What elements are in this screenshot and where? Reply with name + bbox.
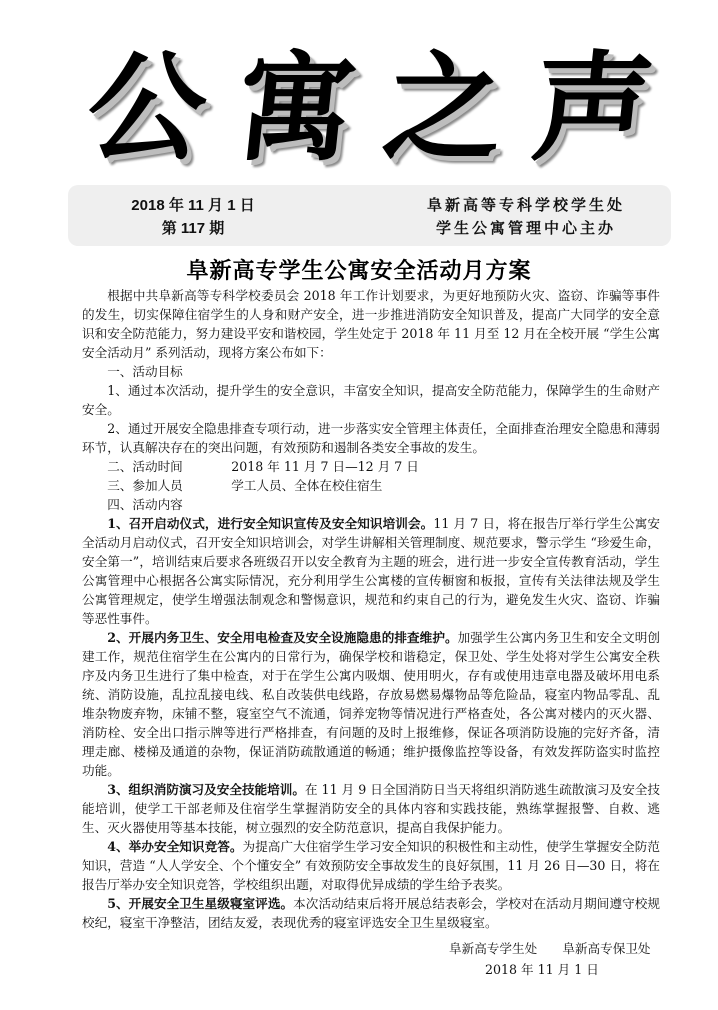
intro-paragraph: 根据中共阜新高等专科学校委员会 2018 年工作计划要求，为更好地预防火灾、盗窃… — [82, 286, 660, 362]
content-item: 1、召开启动仪式，进行安全知识宣传及安全知识培训会。11 月 7 日，将在报告厅… — [82, 514, 660, 628]
masthead-title: 公 寓 之 声 — [60, 30, 680, 185]
goal-item: 2、通过开展安全隐患排查专项行动，进一步落实安全管理主体责任，全面排查治理安全隐… — [82, 419, 660, 457]
content-item-lead: 4、举办安全知识竞答。 — [107, 839, 242, 854]
masthead-char: 寓 — [230, 49, 360, 167]
participants-row: 三、参加人员 学工人员、全体在校住宿生 — [82, 476, 660, 495]
organizer: 学生公寓管理中心主办 — [401, 217, 651, 240]
article-body: 根据中共阜新高等专科学校委员会 2018 年工作计划要求，为更好地预防火灾、盗窃… — [82, 286, 660, 932]
issue-number: 第 117 期 — [118, 217, 268, 240]
activity-time-value: 2018 年 11 月 7 日—12 月 7 日 — [231, 457, 419, 476]
section-heading: 四、活动内容 — [82, 495, 660, 514]
content-item-text: 加强学生公寓内务卫生和安全文明创建工作，规范住宿学生在公寓内的日常行为，确保学校… — [82, 630, 660, 778]
section-heading: 三、参加人员 — [107, 476, 231, 495]
issue-info-bar: 2018 年 11 月 1 日 第 117 期 阜新高等专科学校学生处 学生公寓… — [68, 185, 671, 246]
activity-time-row: 二、活动时间 2018 年 11 月 7 日—12 月 7 日 — [82, 457, 660, 476]
article-title: 阜新高专学生公寓安全活动月方案 — [0, 254, 718, 285]
issue-info-left: 2018 年 11 月 1 日 第 117 期 — [118, 194, 268, 240]
goal-item: 1、通过本次活动，提升学生的安全意识，丰富安全知识，提高安全防范能力，保障学生的… — [82, 381, 660, 419]
masthead-char: 声 — [528, 49, 658, 167]
signature-date: 2018 年 11 月 1 日 — [485, 959, 599, 980]
participants-value: 学工人员、全体在校住宿生 — [231, 476, 382, 495]
content-item-lead: 2、开展内务卫生、安全用电检查及安全设施隐患的排查维护。 — [107, 630, 457, 645]
issue-info-right: 阜新高等专科学校学生处 学生公寓管理中心主办 — [401, 194, 651, 240]
issue-date: 2018 年 11 月 1 日 — [118, 194, 268, 217]
content-item-lead: 3、组织消防演习及安全技能培训。 — [107, 782, 305, 797]
content-item: 5、开展安全卫生星级寝室评选。本次活动结束后将开展总结表彰会，学校对在活动月期间… — [82, 894, 660, 932]
content-item: 3、组织消防演习及安全技能培训。在 11 月 9 日全国消防日当天将组织消防逃生… — [82, 780, 660, 837]
content-item: 4、举办安全知识竞答。为提高广大住宿学生学习安全知识的积极性和主动性，使学生掌握… — [82, 837, 660, 894]
masthead-char: 公 — [82, 49, 212, 167]
content-item-text: 11 月 7 日，将在报告厅举行学生公寓安全活动月启动仪式，召开安全知识培训会，… — [82, 516, 660, 626]
section-heading: 一、活动目标 — [82, 362, 660, 381]
signature-orgs: 阜新高专学生处 阜新高专保卫处 — [449, 938, 651, 959]
section-heading: 二、活动时间 — [107, 457, 231, 476]
content-item: 2、开展内务卫生、安全用电检查及安全设施隐患的排查维护。加强学生公寓内务卫生和安… — [82, 628, 660, 780]
content-item-lead: 1、召开启动仪式，进行安全知识宣传及安全知识培训会。 — [107, 516, 433, 531]
content-item-lead: 5、开展安全卫生星级寝室评选。 — [107, 896, 293, 911]
masthead-char: 之 — [379, 49, 509, 167]
publisher: 阜新高等专科学校学生处 — [401, 194, 651, 217]
